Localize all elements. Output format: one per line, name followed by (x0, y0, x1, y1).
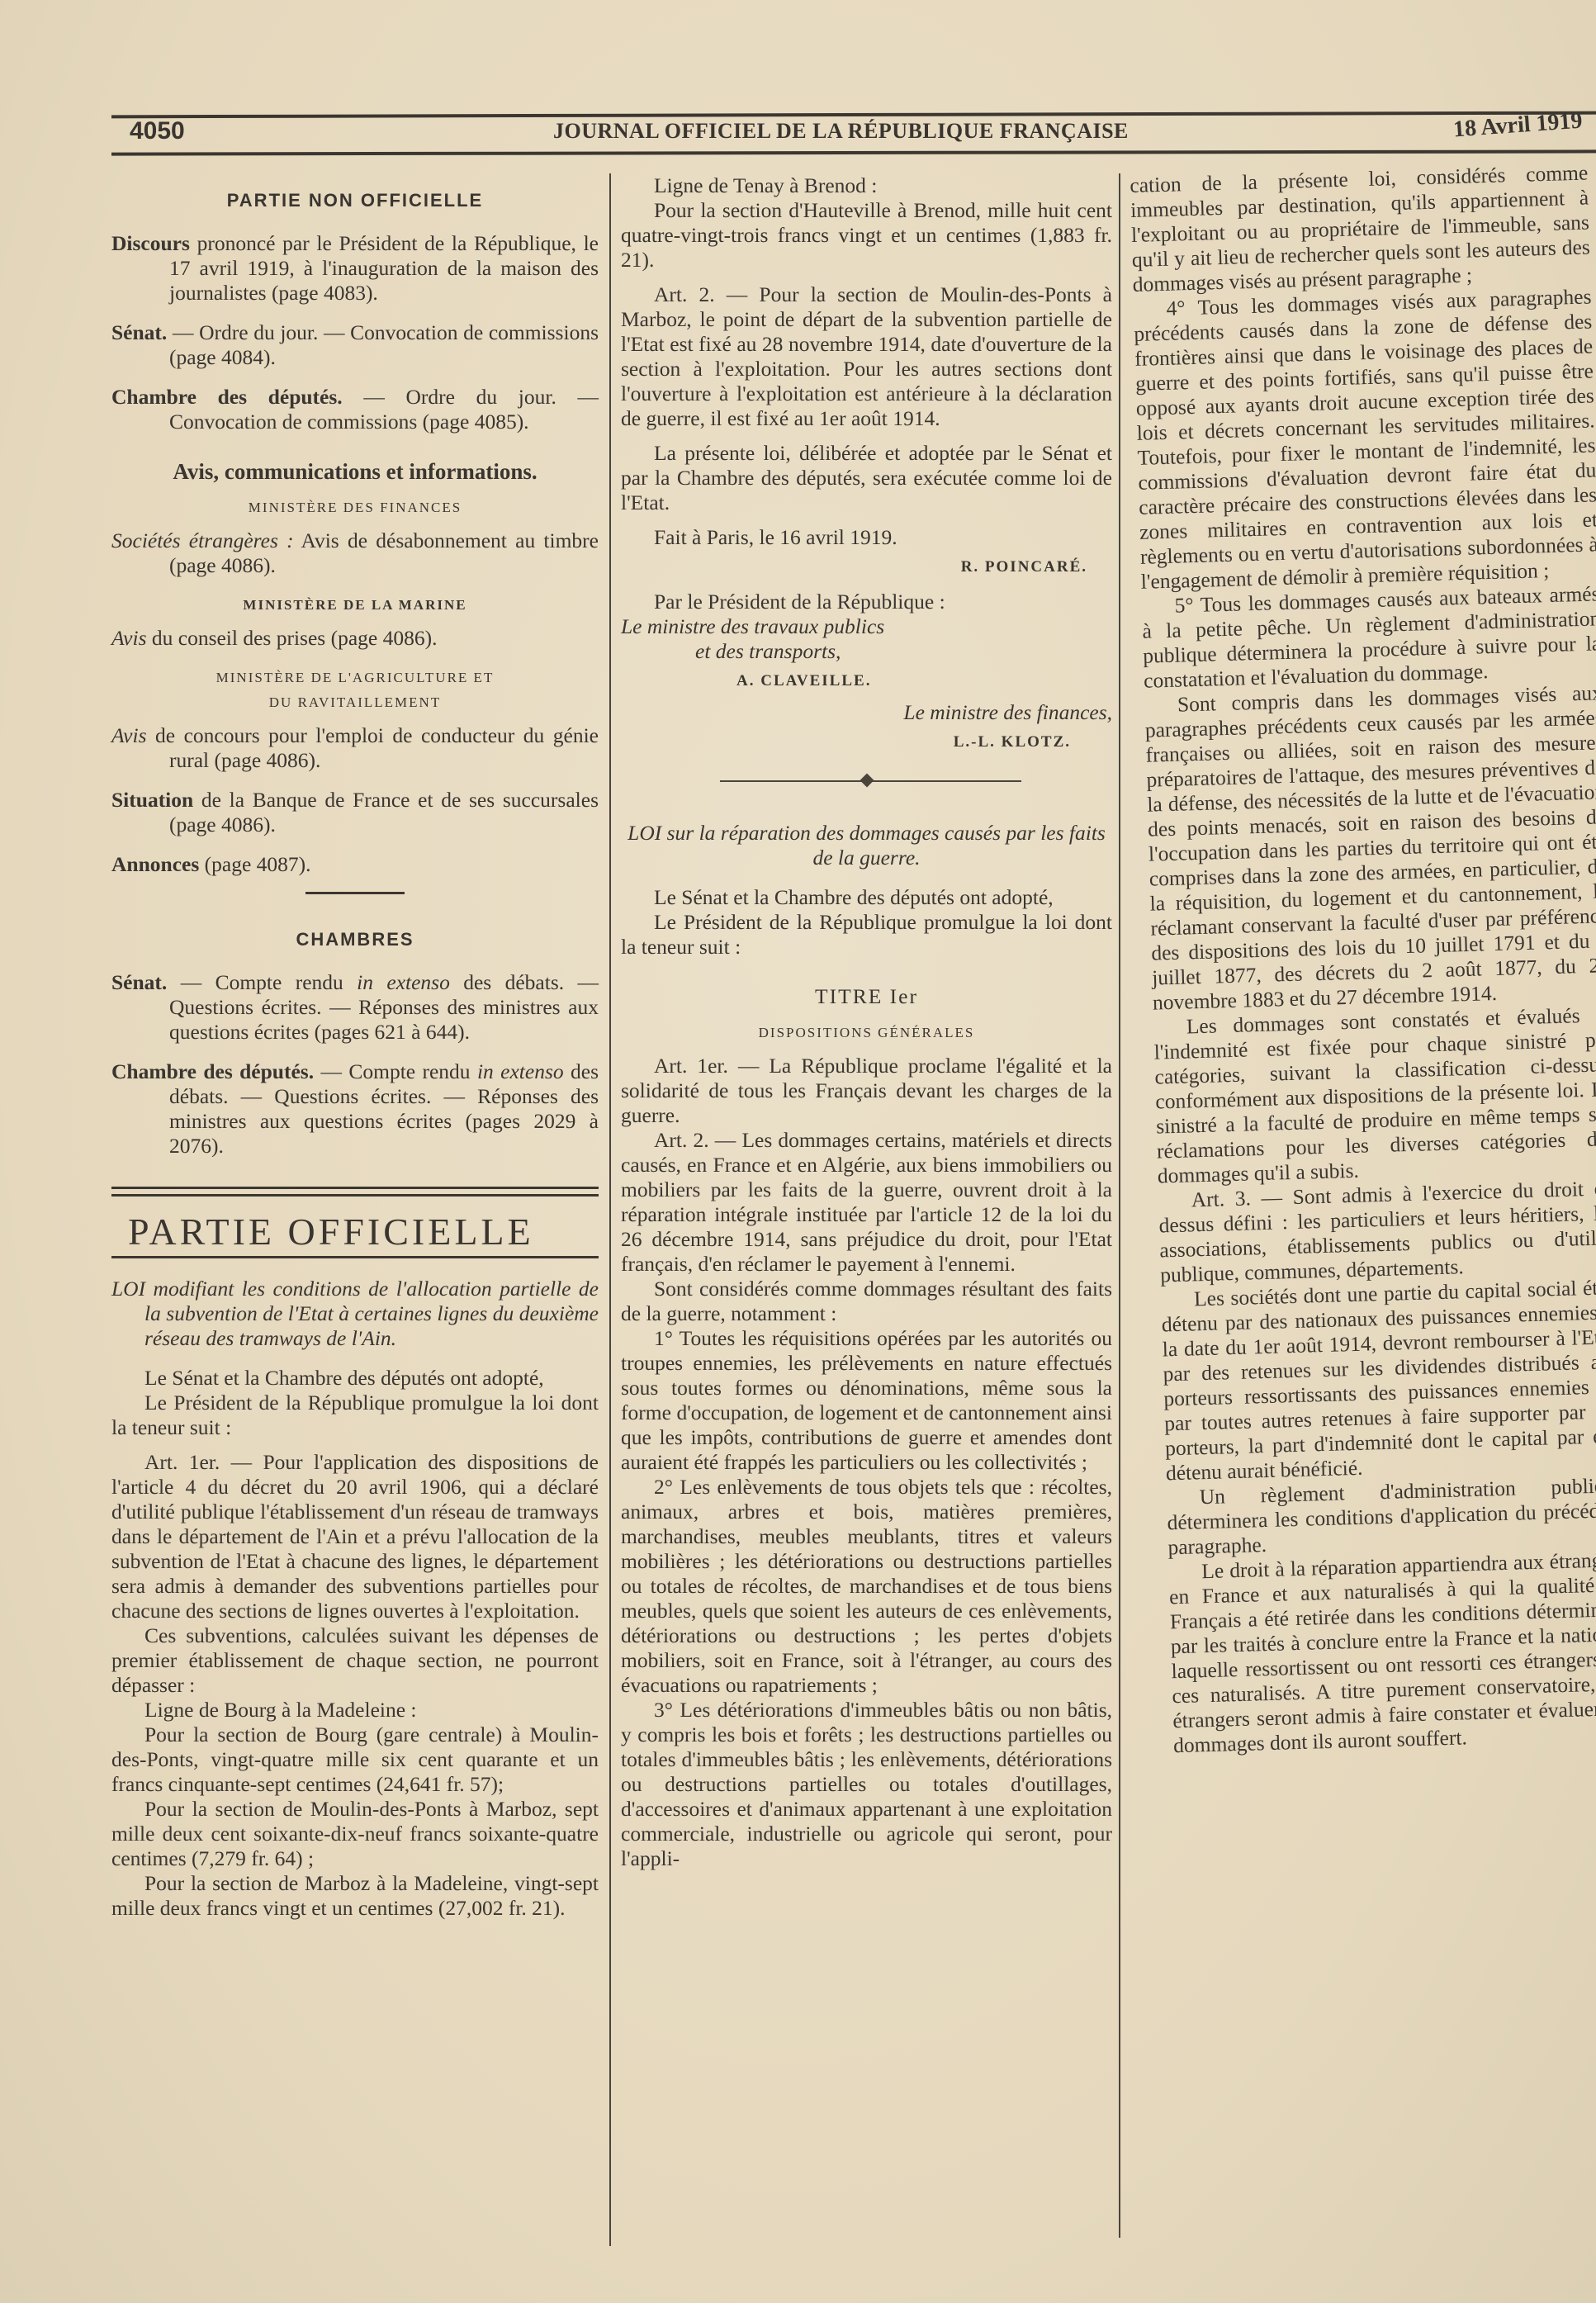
column-3: cation de la présente loi, considérés co… (1130, 161, 1596, 1759)
toc-entry: Chambre des députés. — Compte rendu in e… (111, 1059, 599, 1159)
paragraph: 2° Les enlèvements de tous objets tels q… (621, 1475, 1112, 1698)
column-divider (609, 173, 611, 2246)
column-1: PARTIE NON OFFICIELLE Discours prononcé … (111, 173, 599, 1921)
paragraph: cation de la présente loi, considérés co… (1130, 161, 1591, 297)
signature-minister: L.-L. KLOTZ. (621, 730, 1071, 755)
paragraph: Ligne de Tenay à Brenod : (621, 173, 1112, 198)
section-heading-chambres: CHAMBRES (111, 927, 599, 952)
toc-entry: Chambre des députés. — Ordre du jour. — … (111, 385, 599, 434)
paragraph: Ces subventions, calculées suivant les d… (111, 1623, 599, 1698)
ministry-heading: MINISTÈRE DES FINANCES (111, 495, 599, 520)
newspaper-page: 4050 JOURNAL OFFICIEL DE LA RÉPUBLIQUE F… (0, 0, 1596, 2303)
column-2: Ligne de Tenay à Brenod : Pour la sectio… (621, 173, 1112, 1871)
avis-heading: Avis, communications et informations. (111, 459, 599, 484)
separator (111, 1187, 599, 1189)
section-heading-officielle: PARTIE OFFICIELLE (128, 1220, 599, 1244)
paragraph: Sont considérés comme dommages résultant… (621, 1277, 1112, 1326)
ornament-divider (621, 773, 1112, 789)
ministry-heading: MINISTÈRE DE L'AGRICULTURE ET DU RAVITAI… (111, 666, 599, 715)
paragraph: Le Président de la République promulgue … (621, 910, 1112, 960)
toc-entry: Avis du conseil des prises (page 4086). (111, 626, 599, 651)
separator (111, 1194, 599, 1197)
toc-entry: Annonces (page 4087). (111, 852, 599, 877)
separator (111, 1256, 599, 1258)
paragraph: 3° Les détériorations d'immeubles bâtis … (621, 1698, 1112, 1871)
signature-president: R. POINCARÉ. (621, 555, 1087, 580)
paragraph: Les sociétés dont une partie du capital … (1161, 1275, 1596, 1486)
section-heading-non-officielle: PARTIE NON OFFICIELLE (111, 188, 599, 213)
signature-minister: A. CLAVEILLE. (736, 669, 1087, 694)
titre-subheading: DISPOSITIONS GÉNÉRALES (621, 1021, 1112, 1045)
paragraph: Le Président de la République promulgue … (111, 1391, 599, 1440)
paragraph: 5° Tous les dommages causés aux bateaux … (1141, 581, 1596, 693)
paragraph: Art. 1er. — Pour l'application des dispo… (111, 1450, 599, 1623)
toc-entry: Sociétés étrangères : Avis de désabonnem… (111, 528, 599, 578)
paragraph: La présente loi, délibérée et adoptée pa… (621, 441, 1112, 515)
law-title: LOI sur la réparation des dommages causé… (621, 821, 1112, 870)
paragraph: Pour la section de Marboz à la Madeleine… (111, 1871, 599, 1921)
toc-entry: Sénat. — Ordre du jour. — Convocation de… (111, 320, 599, 370)
paragraph: Le droit à la réparation appartiendra au… (1168, 1547, 1596, 1758)
ministry-heading: MINISTÈRE DE LA MARINE (111, 593, 599, 618)
paragraph: Pour la section de Moulin-des-Ponts à Ma… (111, 1797, 599, 1871)
toc-entry: Discours prononcé par le Président de la… (111, 231, 599, 306)
column-divider (1119, 173, 1120, 2238)
paragraph: Art. 2. — Pour la section de Moulin-des-… (621, 282, 1112, 431)
titre-heading: TITRE Ier (621, 984, 1112, 1009)
minister-title: et des transports, (621, 639, 1112, 664)
paragraph: Par le Président de la République : (621, 590, 1112, 614)
page-header: 4050 JOURNAL OFFICIEL DE LA RÉPUBLIQUE F… (111, 117, 1596, 150)
toc-entry: Situation de la Banque de France et de s… (111, 788, 599, 837)
minister-title: Le ministre des finances, (621, 700, 1112, 725)
journal-title: JOURNAL OFFICIEL DE LA RÉPUBLIQUE FRANÇA… (553, 119, 1129, 144)
paragraph: 4° Tous les dommages visés aux paragraph… (1133, 284, 1596, 594)
toc-entry: Sénat. — Compte rendu in extenso des déb… (111, 970, 599, 1045)
paragraph: Un règlement d'administration publique d… (1166, 1473, 1596, 1560)
toc-entry: Avis de concours pour l'emploi de conduc… (111, 723, 599, 773)
paragraph: 1° Toutes les réquisitions opérées par l… (621, 1326, 1112, 1475)
paragraph: Les dommages sont constatés et évalués e… (1153, 1002, 1596, 1188)
paragraph: Pour la section d'Hauteville à Brenod, m… (621, 198, 1112, 272)
paragraph: Art. 1er. — La République proclame l'éga… (621, 1054, 1112, 1128)
paragraph: Art. 3. — Sont admis à l'exercice du dro… (1158, 1176, 1596, 1287)
paragraph: Fait à Paris, le 16 avril 1919. (621, 525, 1112, 550)
paragraph: Ligne de Bourg à la Madeleine : (111, 1698, 599, 1723)
paragraph: Art. 2. — Les dommages certains, matérie… (621, 1128, 1112, 1277)
paragraph: Le Sénat et la Chambre des députés ont a… (111, 1366, 599, 1391)
paragraph: Sont compris dans les dommages visés aux… (1144, 680, 1596, 1015)
paragraph: Le Sénat et la Chambre des députés ont a… (621, 885, 1112, 910)
law-title: LOI modifiant les conditions de l'alloca… (111, 1277, 599, 1351)
page-number: 4050 (130, 117, 185, 145)
minister-title: Le ministre des travaux publics (621, 614, 1112, 639)
header-bottom-rule (111, 149, 1596, 155)
paragraph: Pour la section de Bourg (gare centrale)… (111, 1723, 599, 1797)
separator (305, 892, 405, 894)
